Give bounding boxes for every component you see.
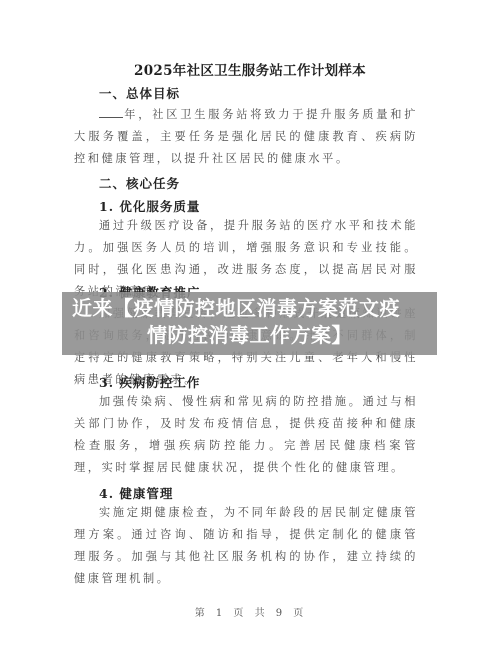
task-paragraph-3: 加强传染病、慢性病和常见病的防控措施。通过与相关部门协作，及时发布疫情信息，提供… — [74, 391, 418, 479]
year-blank-underline — [99, 107, 123, 118]
overlay-title-line-2: 情防控消毒工作方案】 — [62, 322, 437, 349]
overall-goal-text: 年，社区卫生服务站将致力于提升服务质量和扩大服务覆盖，主要任务是强化居民的健康教… — [74, 108, 418, 165]
document-title: 2025年社区卫生服务站工作计划样本 — [0, 59, 500, 79]
document-page: 2025年社区卫生服务站工作计划样本 一、总体目标 年，社区卫生服务站将致力于提… — [0, 0, 500, 647]
overlay-title-line-1: 近来【疫情防控地区消毒方案范文疫 — [62, 295, 437, 322]
section-heading-core-tasks: 二、核心任务 — [99, 174, 180, 192]
task-heading-1: 1. 优化服务质量 — [99, 197, 200, 215]
task-heading-3: 3. 疾病防控工作 — [99, 373, 200, 391]
overall-goal-paragraph: 年，社区卫生服务站将致力于提升服务质量和扩大服务覆盖，主要任务是强化居民的健康教… — [74, 104, 418, 170]
task-paragraph-4: 实施定期健康检查，为不同年龄段的居民制定健康管理方案。通过咨询、随访和指导，提供… — [74, 502, 418, 590]
overlay-banner-title[interactable]: 近来【疫情防控地区消毒方案范文疫 情防控消毒工作方案】 — [62, 292, 437, 355]
task-heading-4: 4. 健康管理 — [99, 484, 173, 502]
section-heading-overall-goal: 一、总体目标 — [99, 84, 180, 102]
page-number-footer: 第 1 页 共 9 页 — [0, 604, 500, 619]
